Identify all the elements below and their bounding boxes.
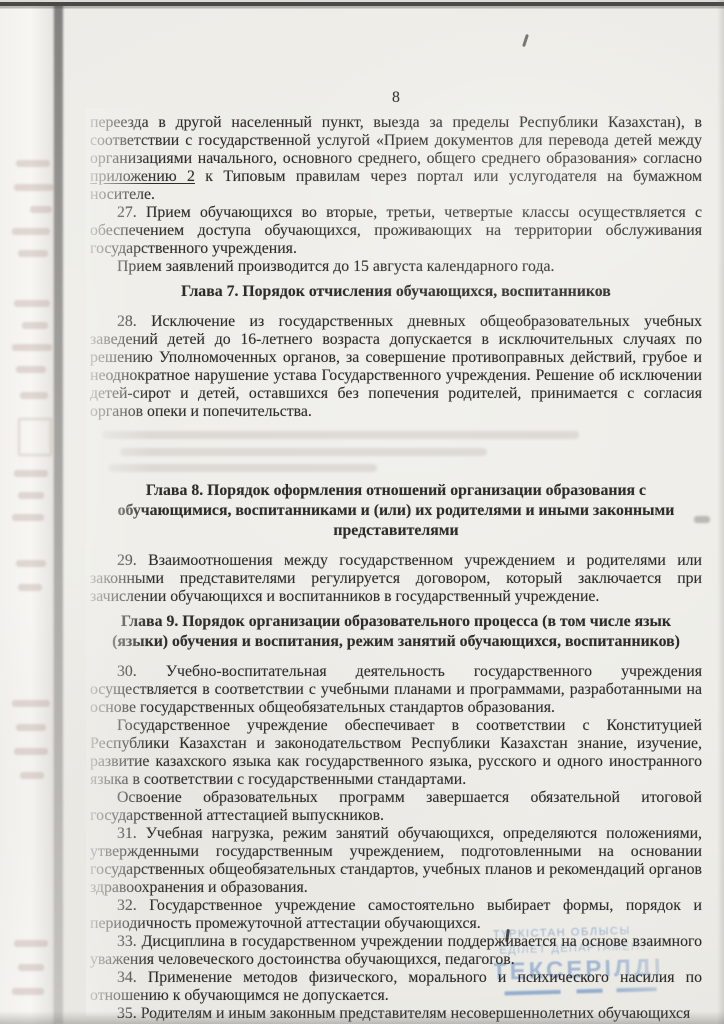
- document-body: переезда в другой населенный пункт, выез…: [90, 114, 702, 1023]
- stamp-underline: [505, 987, 657, 995]
- scanned-page: 8 переезда в другой населенный пункт, вы…: [0, 0, 724, 1024]
- bleedthrough-fragment: [18, 492, 44, 499]
- bleedthrough-fragment: [12, 700, 50, 707]
- scan-edge-top: [0, 0, 724, 9]
- bleedthrough-fragment: [16, 724, 46, 731]
- bleedthrough-fragment: [12, 514, 44, 521]
- paragraph: 30. Учебно-воспитательная деятельность г…: [90, 663, 702, 717]
- paragraph: 29. Взаимоотношения между государственно…: [90, 552, 702, 606]
- chapter-heading: Глава 7. Порядок отчисления обучающихся,…: [102, 282, 690, 302]
- stamp-checked-word: ТЕКСЕРІЛДІ: [492, 953, 691, 987]
- bleedthrough-fragment: [12, 988, 44, 995]
- bleedthrough-line: [120, 448, 487, 456]
- bleedthrough-fragment: [16, 366, 46, 373]
- bleedthrough-fragment: [18, 418, 52, 456]
- bleedthrough-fragment: [22, 322, 48, 329]
- bleedthrough-fragment: [20, 772, 44, 779]
- bleedthrough-fragment: [30, 206, 52, 213]
- bleedthrough-fragment: [20, 392, 48, 399]
- bleedthrough-fragment: [14, 184, 54, 191]
- bleedthrough-fragment: [12, 344, 52, 351]
- bleedthrough-fragment: [12, 228, 50, 235]
- paragraph: 31. Учебная нагрузка, режим занятий обуч…: [90, 825, 702, 897]
- underlined-reference: приложению 2: [90, 168, 195, 185]
- paragraph: 27. Прием обучающихся во вторые, третьи,…: [90, 204, 702, 258]
- chapter-heading: Глава 9. Порядок организации образовател…: [102, 612, 690, 652]
- bleedthrough-line: [102, 431, 579, 439]
- bleedthrough-fragment: [16, 560, 46, 567]
- chapter-heading: Глава 8. Порядок оформления отношений ор…: [102, 481, 690, 541]
- ink-smudge: [694, 516, 710, 523]
- document-text-block: 8 переезда в другой населенный пункт, вы…: [90, 0, 702, 1023]
- paragraph: Прием заявлений производится до 15 авгус…: [90, 258, 702, 276]
- bleedthrough-fragment: [14, 470, 48, 477]
- bleedthrough-fragment: [18, 584, 42, 591]
- bleedthrough-fragment: [18, 964, 44, 971]
- paragraph: Освоение образовательных программ заверш…: [90, 789, 702, 825]
- scan-edge-right: [717, 0, 724, 1024]
- paragraph-continuation: переезда в другой населенный пункт, выез…: [90, 114, 702, 204]
- paragraph: 28. Исключение из государственных дневны…: [90, 313, 702, 421]
- bleedthrough-text: [90, 427, 702, 475]
- page-crease-shadow: [54, 0, 63, 1024]
- page-fold-margin: [0, 0, 56, 1024]
- paragraph: Государственное учреждение обеспечивает …: [90, 717, 702, 789]
- bleedthrough-fragment: [14, 940, 48, 947]
- bleedthrough-line: [108, 464, 377, 472]
- bleedthrough-fragment: [14, 748, 48, 755]
- bleedthrough-fragment: [16, 160, 50, 167]
- bleedthrough-fragment: [14, 300, 50, 307]
- scan-edge-bottom: [0, 1011, 724, 1024]
- verification-stamp: ТҮРКІСТАН ОБЛЫСЫ ЕДІЛЕТ ДЕПАРТАМЕНТІ ТЕК…: [493, 923, 691, 1016]
- page-number: 8: [90, 90, 702, 106]
- bleedthrough-fragment: [18, 250, 48, 257]
